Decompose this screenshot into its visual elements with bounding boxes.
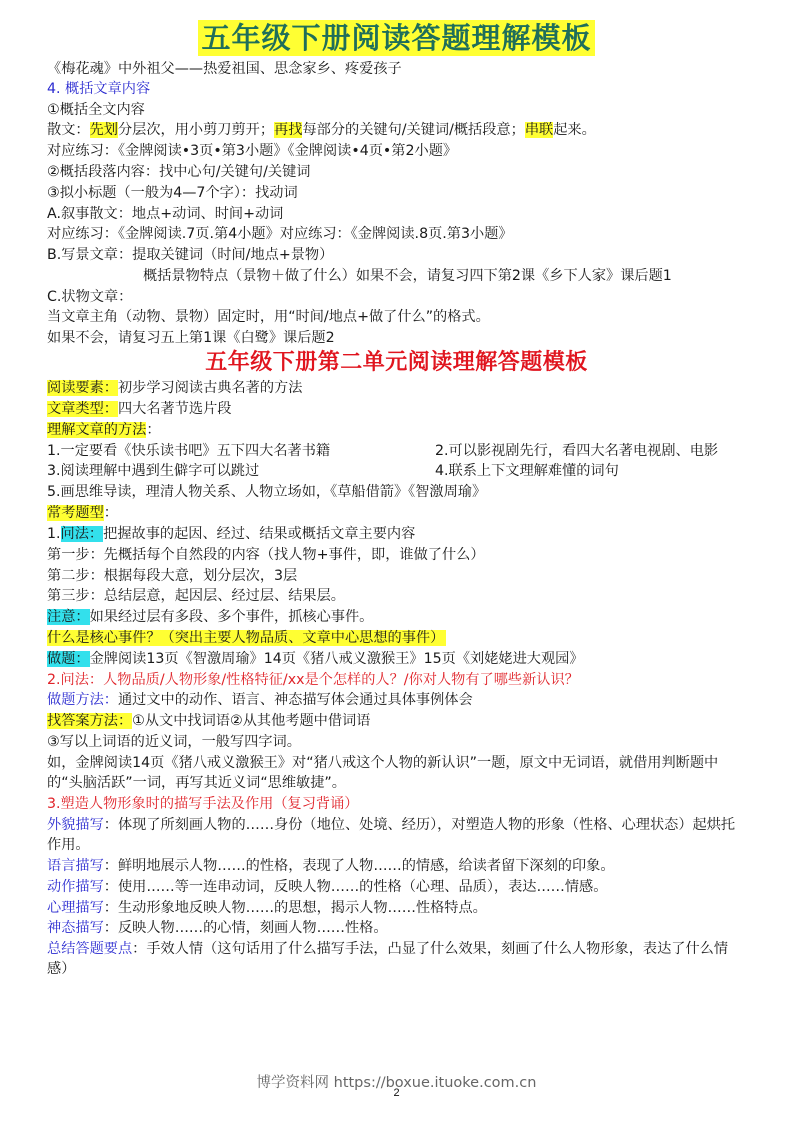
prose-method-line: 散文：先划分层次，用小剪刀剪开；再找每部分的关键句/关键词/概括段意；串联起来。 [47,120,746,140]
prose-text-2: 每部分的关键句/关键词/概括段意； [302,122,524,138]
question-2-method-line: 做题方法：通过文中的动作、语言、神态描写体会通过具体事例体会 [47,690,746,710]
method-item-3: 3.阅读理解中遇到生僻字可以跳过 [47,463,259,479]
practice-line-1: 对应练习：《金牌阅读•3页•第3小题》《金牌阅读•4页•第2小题》 [47,141,746,161]
question-2-answer-label: 找答案方法： [47,713,132,729]
scenery-article-line: B.写景文章：提取关键词（时间/地点+景物） [47,245,746,265]
sub-heading-subtitle: ③拟小标题（一般为4—7个字）：找动词 [47,183,746,203]
intro-line: 《梅花魂》中外祖父——热爱祖国、思念家乡、疼爱孩子 [47,59,746,79]
technique-action-text: ：使用……等一连串动词，反映人物……的性格（心理、品质），表达……情感。 [104,879,608,895]
technique-language: 语言描写：鲜明地展示人物……的性格，表现了人物……的情感，给读者留下深刻的印象。 [47,856,746,876]
exercise-line: 做题：金牌阅读13页《智激周瑜》14页《猪八戒义激猴王》15页《刘姥姥进大观园》 [47,649,746,669]
common-types-colon: ： [104,505,118,521]
reading-element-text: 初步学习阅读古典名著的方法 [118,380,302,396]
scenery-feature-line: 概括景物特点（景物＋做了什么）如果不会，请复习四下第2课《乡下人家》课后题1 [143,266,746,286]
heading-summarize: 4. 概括文章内容 [47,79,746,99]
technique-appearance: 外貌描写：体现了所刻画人物的……身份（地位、处境、经历），对塑造人物的形象（性格… [47,815,746,855]
common-types-label: 常考题型 [47,505,104,521]
question-3-heading: 3.塑造人物形象时的描写手法及作用（复习背诵） [47,794,746,814]
technique-language-text: ：鲜明地展示人物……的性格，表现了人物……的情感，给读者留下深刻的印象。 [104,858,615,874]
highlight-then-find: 再找 [274,122,302,138]
reading-element-line: 阅读要素：初步学习阅读古典名著的方法 [47,378,746,398]
note-label: 注意： [47,609,90,625]
question-2-heading: 2.问法：人物品质/人物形象/性格特征/xx是个怎样的人？/你对人物有了哪些新认… [47,670,746,690]
technique-expression-label: 神态描写 [47,920,104,936]
method-item-4: 4.联系上下文理解难懂的词句 [435,461,619,481]
step-2: 第二步：根据每段大意，划分层次，3层 [47,566,746,586]
method-heading-line: 理解文章的方法： [47,420,746,440]
technique-language-label: 语言描写 [47,858,104,874]
question-2-answer-3: ③写以上词语的近义词，一般写四字词。 [47,732,746,752]
technique-psychology-label: 心理描写 [47,900,104,916]
technique-appearance-text: ：体现了所刻画人物的……身份（地位、处境、经历），对塑造人物的形象（性格、心理状… [47,817,735,853]
technique-summary-text: ：手效人情（这句话用了什么描写手法，凸显了什么效果，刻画了什么人物形象，表达了什… [47,941,728,977]
method-heading-colon: ： [146,422,160,438]
technique-action-label: 动作描写 [47,879,104,895]
article-type-text: 四大名著节选片段 [118,401,232,417]
technique-expression: 神态描写：反映人物……的心情，刻画人物……性格。 [47,918,746,938]
technique-summary: 总结答题要点：手效人情（这句话用了什么描写手法，凸显了什么效果，刻画了什么人物形… [47,939,746,979]
object-article-review: 如果不会，请复习五上第1课《白鹭》课后题2 [47,328,746,348]
method-item-2: 2.可以影视剧先行，看四大名著电视剧、电影 [435,441,718,461]
method-row-1: 1.一定要看《快乐读书吧》五下四大名著书籍 2.可以影视剧先行，看四大名著电视剧… [47,441,746,461]
method-item-5: 5.画思维导读，理清人物关系、人物立场如，《草船借箭》《智激周瑜》 [47,482,746,502]
reading-element-label: 阅读要素： [47,380,118,396]
main-title: 五年级下册阅读答题理解模板 [198,20,594,56]
method-item-1: 1.一定要看《快乐读书吧》五下四大名著书籍 [47,443,330,459]
object-article-desc: 当文章主角（动物、景物）固定时，用“时间/地点+做了什么”的格式。 [47,307,746,327]
main-title-wrap: 五年级下册阅读答题理解模板 [0,20,793,56]
core-event-line: 什么是核心事件？（突出主要人物品质、文章中心思想的事件） [47,628,746,648]
page-number: 2 [0,1087,793,1099]
prose-label: 散文： [47,122,90,138]
question-2-answer-text: ①从文中找词语②从其他考题中借词语 [132,713,370,729]
question-2-method-text: 通过文中的动作、语言、神态描写体会通过具体事例体会 [118,692,473,708]
question-1-prefix: 1. [47,526,61,542]
prose-text-3: 起来。 [553,122,596,138]
article-type-label: 文章类型： [47,401,118,417]
document-page: 五年级下册阅读答题理解模板 《梅花魂》中外祖父——热爱祖国、思念家乡、疼爱孩子 … [0,0,793,1122]
common-types-line: 常考题型： [47,503,746,523]
section-title: 五年级下册第二单元阅读理解答题模板 [205,348,588,376]
question-1-text: 把握故事的起因、经过、结果或概括文章主要内容 [103,526,415,542]
technique-summary-label: 总结答题要点 [47,941,132,957]
question-1-label: 问法： [61,526,104,542]
technique-appearance-label: 外貌描写 [47,817,104,833]
prose-text-1: 分层次，用小剪刀剪开； [118,122,274,138]
technique-expression-text: ：反映人物……的心情，刻画人物……性格。 [104,920,388,936]
article-type-line: 文章类型：四大名著节选片段 [47,399,746,419]
sub-heading-paragraph: ②概括段落内容：找中心句/关键句/关键词 [47,162,746,182]
step-3: 第三步：总结层意，起因层、经过层、结果层。 [47,586,746,606]
narrative-prose-line: A.叙事散文：地点+动词、时间+动词 [47,204,746,224]
step-1: 第一步：先概括每个自然段的内容（找人物+事件，即，谁做了什么） [47,545,746,565]
note-line: 注意：如果经过层有多段、多个事件，抓核心事件。 [47,607,746,627]
technique-psychology: 心理描写：生动形象地反映人物……的思想，揭示人物……性格特点。 [47,898,746,918]
exercise-label: 做题： [47,651,90,667]
question-2-method-label: 做题方法： [47,692,118,708]
section-title-wrap: 五年级下册第二单元阅读理解答题模板 [0,348,793,376]
technique-psychology-text: ：生动形象地反映人物……的思想，揭示人物……性格特点。 [104,900,487,916]
method-row-2: 3.阅读理解中遇到生僻字可以跳过 4.联系上下文理解难懂的词句 [47,461,746,481]
note-text: 如果经过层有多段、多个事件，抓核心事件。 [90,609,374,625]
sub-heading-full-text: ①概括全文内容 [47,100,746,120]
highlight-connect: 串联 [525,122,553,138]
practice-line-2: 对应练习：《金牌阅读.7页.第4小题》对应练习：《金牌阅读.8页.第3小题》 [47,224,746,244]
core-event-text: 什么是核心事件？（突出主要人物品质、文章中心思想的事件） [47,630,446,646]
method-heading-label: 理解文章的方法 [47,422,146,438]
question-1-line: 1.问法：把握故事的起因、经过、结果或概括文章主要内容 [47,524,746,544]
object-article-line: C.状物文章： [47,287,746,307]
question-2-example: 如，金牌阅读14页《猪八戒义激猴王》对“猪八戒这个人物的新认识”一题，原文中无词… [47,753,746,793]
question-2-answer-line: 找答案方法：①从文中找词语②从其他考题中借词语 [47,711,746,731]
highlight-first-divide: 先划 [90,122,118,138]
exercise-text: 金牌阅读13页《智激周瑜》14页《猪八戒义激猴王》15页《刘姥姥进大观园》 [90,651,584,667]
technique-action: 动作描写：使用……等一连串动词，反映人物……的性格（心理、品质），表达……情感。 [47,877,746,897]
